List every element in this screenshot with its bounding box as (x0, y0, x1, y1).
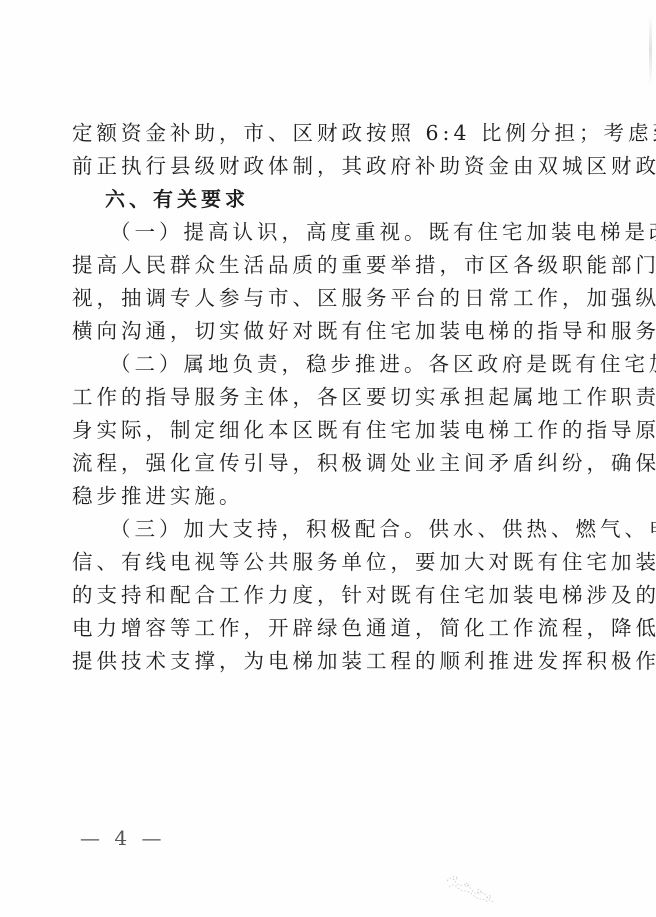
stamp-residue-icon (445, 873, 495, 905)
paragraph-start-line: （三）加大支持，积极配合。供水、供热、燃气、电力、通 (72, 513, 572, 546)
paragraph-start-line: （二）属地负责，稳步推进。各区政府是既有住宅加装电梯 (72, 348, 572, 381)
body-line: 电力增容等工作，开辟绿色通道，简化工作流程，降低收费标准， (72, 612, 572, 645)
section-heading: 六、有关要求 (72, 183, 572, 216)
paragraph-start-line: （一）提高认识，高度重视。既有住宅加装电梯是改善民生、 (72, 216, 572, 249)
scan-edge-mark (649, 15, 652, 85)
body-line: 提高人民群众生活品质的重要举措，市区各级职能部门要高度重 (72, 249, 572, 282)
body-line: 信、有线电视等公共服务单位，要加大对既有住宅加装电梯工作 (72, 546, 572, 579)
body-line: 视，抽调专人参与市、区服务平台的日常工作，加强纵向协调、 (72, 282, 572, 315)
body-line: 身实际，制定细化本区既有住宅加装电梯工作的指导原则、工作 (72, 414, 572, 447)
body-line: 工作的指导服务主体，各区要切实承担起属地工作职责，结合自 (72, 381, 572, 414)
body-line: 横向沟通，切实做好对既有住宅加装电梯的指导和服务工作。 (72, 315, 572, 348)
body-line: 稳步推进实施。 (72, 480, 572, 513)
body-line: 前正执行县级财政体制，其政府补助资金由双城区财政全额承担。 (72, 150, 572, 183)
document-body: 定额资金补助，市、区财政按照 6:4 比例分担；考虑到双城区目 前正执行县级财政… (72, 117, 572, 678)
body-line: 定额资金补助，市、区财政按照 6:4 比例分担；考虑到双城区目 (72, 117, 572, 150)
body-line: 提供技术支撑，为电梯加装工程的顺利推进发挥积极作用。 (72, 645, 572, 678)
body-line: 流程，强化宣传引导，积极调处业主间矛盾纠纷，确保相关工作 (72, 447, 572, 480)
page-number: — 4 — (80, 826, 165, 850)
document-page: 定额资金补助，市、区财政按照 6:4 比例分担；考虑到双城区目 前正执行县级财政… (0, 0, 656, 917)
body-line: 的支持和配合工作力度，针对既有住宅加装电梯涉及的管线迁移、 (72, 579, 572, 612)
